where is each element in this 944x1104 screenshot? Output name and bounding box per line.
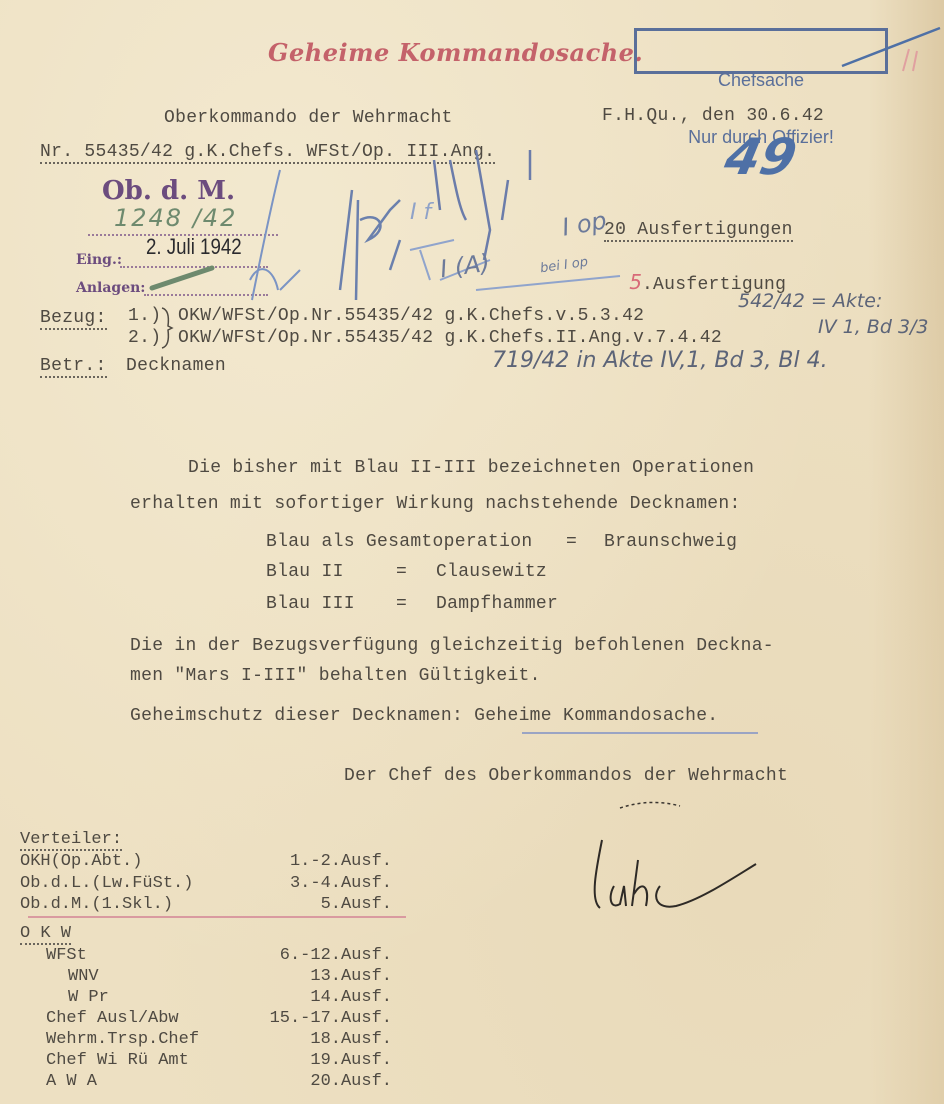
distribution-row-10-copies: 20.Ausf.: [310, 1072, 392, 1091]
codename-row-2-operation: Blau II: [266, 562, 344, 582]
body-para2-line2: men "Mars I-III" behalten Gültigkeit.: [130, 666, 541, 686]
distribution-row-1-recipient: OKH(Op.Abt.): [20, 852, 142, 871]
scribble-annotation-1: I f: [410, 200, 431, 225]
red-pencil-underline: [28, 916, 406, 918]
distribution-row-2-recipient: Ob.d.L.(Lw.FüSt.): [20, 874, 193, 893]
secrecy-prefix: Geheimschutz dieser Decknamen:: [130, 706, 474, 726]
distribution-row-7-copies: 15.-17.Ausf.: [270, 1009, 392, 1028]
secrecy-pencil-underline: [522, 732, 758, 734]
distribution-row-3-copies: 5.Ausf.: [321, 895, 392, 914]
bracket-icon: [160, 306, 174, 350]
codename-row-1-eq: =: [566, 532, 577, 552]
signature-text: Keitel: [600, 870, 604, 871]
okw-label: O K W: [20, 924, 71, 945]
codename-row-2-codename: Clausewitz: [436, 562, 547, 582]
signature-icon: [580, 800, 810, 920]
bezug-item-1-text: OKW/WFSt/Op.Nr.55435/42 g.K.Chefs.v.5.3.…: [178, 306, 644, 326]
distribution-row-7-recipient: Chef Ausl/Abw: [46, 1009, 179, 1028]
bezug-label: Bezug:: [40, 308, 107, 330]
chefsache-line1: Chefsache: [643, 71, 879, 90]
distribution-row-3-recipient: Ob.d.M.(1.Skl.): [20, 895, 173, 914]
distribution-row-9-copies: 19.Ausf.: [310, 1051, 392, 1070]
green-pencil-dash-icon: [148, 262, 218, 292]
distribution-row-10-recipient: A W A: [46, 1072, 97, 1091]
copies-total: 20 Ausfertigungen: [604, 220, 793, 242]
subject-label: Betr.:: [40, 356, 107, 378]
eing-label: Eing.:: [76, 252, 122, 268]
ref-note-1: 542/42 = Akte:: [738, 290, 882, 312]
secrecy-value: Geheime Kommandosache.: [474, 706, 718, 726]
bezug-item-1-num: 1.): [128, 306, 161, 326]
codename-row-1-codename: Braunschweig: [604, 532, 737, 552]
codename-row-3-codename: Dampfhammer: [436, 594, 558, 614]
signature-title: Der Chef des Oberkommandos der Wehrmacht: [344, 766, 788, 786]
codename-row-2-eq: =: [396, 562, 407, 582]
copy-number: 5: [629, 270, 642, 294]
distribution-row-6-copies: 14.Ausf.: [310, 988, 392, 1007]
distribution-row-8-recipient: Wehrm.Trsp.Chef: [46, 1030, 199, 1049]
distribution-row-5-copies: 13.Ausf.: [310, 967, 392, 986]
bezug-item-2-num: 2.): [128, 328, 161, 348]
issuer: Oberkommando der Wehrmacht: [164, 108, 453, 128]
receipt-office: Ob. d. M.: [102, 176, 235, 206]
secrecy-line: Geheimschutz dieser Decknamen: Geheime K…: [130, 706, 718, 726]
body-para1-line2: erhalten mit sofortiger Wirkung nachsteh…: [130, 494, 741, 514]
distribution-row-9-recipient: Chef Wi Rü Amt: [46, 1051, 189, 1070]
body-para1-line1: Die bisher mit Blau II-III bezeichneten …: [188, 458, 754, 478]
distribution-row-2-copies: 3.-4.Ausf.: [290, 874, 392, 893]
bezug-item-2-text: OKW/WFSt/Op.Nr.55435/42 g.K.Chefs.II.Ang…: [178, 328, 722, 348]
codename-row-3-operation: Blau III: [266, 594, 355, 614]
distribution-row-4-copies: 6.-12.Ausf.: [280, 946, 392, 965]
distribution-row-6-recipient: W Pr: [68, 988, 109, 1007]
body-para2-line1: Die in der Bezugsverfügung gleichzeitig …: [130, 636, 774, 656]
anlagen-label: Anlagen:: [76, 280, 145, 296]
distribution-row-1-copies: 1.-2.Ausf.: [290, 852, 392, 871]
distribution-row-8-copies: 18.Ausf.: [310, 1030, 392, 1049]
place-date: F.H.Qu., den 30.6.42: [602, 106, 824, 126]
ref-note-2: IV 1, Bd 3/3: [818, 316, 929, 338]
codename-row-1-operation: Blau als Gesamtoperation: [266, 532, 532, 552]
codename-row-3-eq: =: [396, 594, 407, 614]
ref-note-3: 719/42 in Akte IV,1, Bd 3, Bl 4.: [492, 348, 828, 373]
distribution-row-4-recipient: WFSt: [46, 946, 87, 965]
journal-number: 1248 /42: [114, 204, 237, 232]
red-pencil-marks-icon: [895, 45, 925, 75]
distribution-row-5-recipient: WNV: [68, 967, 99, 986]
page-number-handwritten: 49: [720, 128, 802, 186]
subject-text: Decknamen: [126, 356, 226, 376]
distribution-label: Verteiler:: [20, 830, 122, 851]
handwritten-initials-icon: [240, 150, 610, 310]
blue-pencil-stroke-icon: [840, 20, 944, 70]
received-date: 2. Juli 1942: [146, 234, 242, 260]
classification-stamp: Geheime Kommandosache.: [268, 38, 643, 67]
copy-number-line: 5.Ausfertigung: [610, 252, 786, 295]
